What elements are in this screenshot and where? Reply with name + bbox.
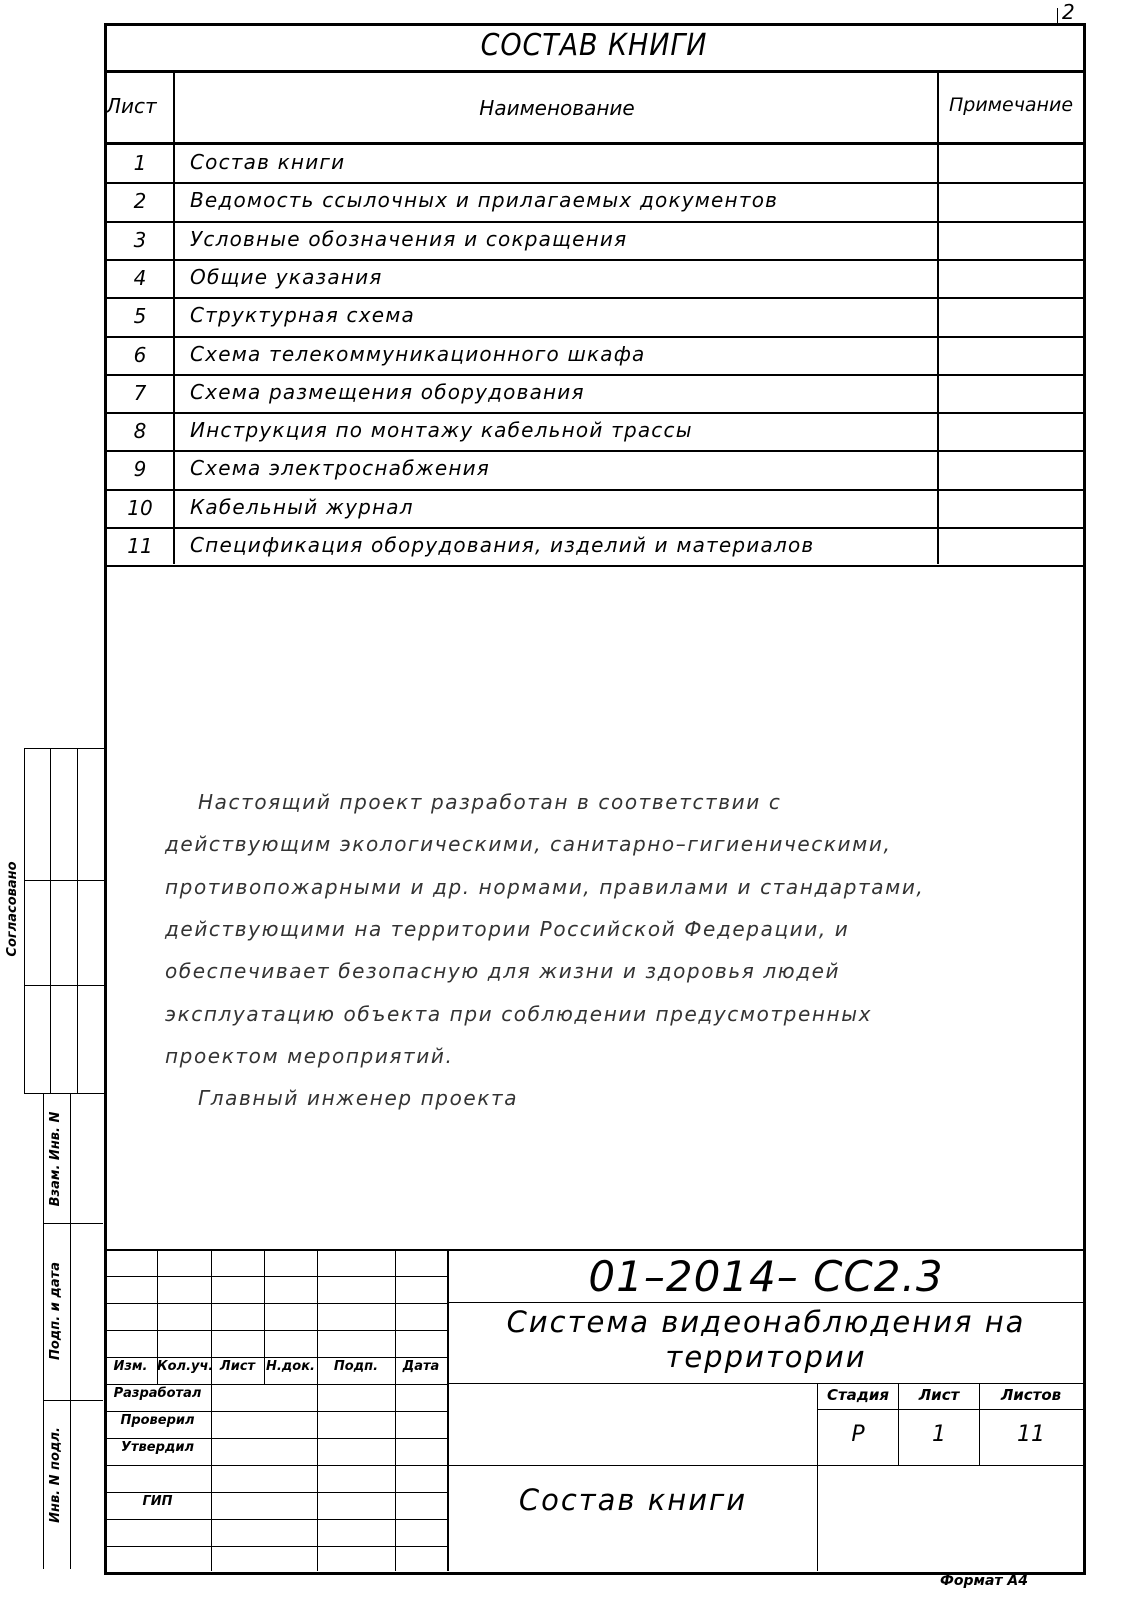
role-label: ГИП	[104, 1494, 211, 1509]
page-number-tick	[1057, 8, 1058, 24]
signature-label: Главный инженер проекта	[198, 1086, 518, 1110]
revision-column-header: Н.док.	[264, 1359, 317, 1374]
sign-date-label: Подп. и дата	[48, 1251, 66, 1371]
sheet-label: Лист	[899, 1386, 979, 1404]
replace-inv-label: Взам. Инв. N	[48, 1099, 66, 1219]
row-divider	[104, 259, 1083, 261]
row-name: Общие указания	[190, 265, 383, 289]
revision-column-header: Дата	[395, 1359, 447, 1374]
row-name: Кабельный журнал	[190, 495, 414, 519]
revision-column-header: Лист	[211, 1359, 264, 1374]
row-name: Структурная схема	[190, 303, 415, 327]
page-number: 2	[1062, 0, 1075, 24]
row-number: 10	[106, 496, 174, 520]
row-number: 2	[106, 189, 174, 213]
row-number: 7	[106, 381, 174, 405]
row-number: 11	[106, 534, 174, 558]
row-divider	[104, 450, 1083, 452]
title-block-top	[104, 1249, 1083, 1251]
project-title-1: Система видеонаблюдения на	[449, 1305, 1083, 1339]
row-name: Ведомость ссылочных и прилагаемых докуме…	[190, 188, 778, 212]
row-number: 3	[106, 228, 174, 252]
role-label: Разработал	[104, 1386, 211, 1401]
statement-line: Настоящий проект разработан в соответств…	[198, 790, 781, 814]
row-number: 1	[106, 151, 174, 175]
row-name: Схема электроснабжения	[190, 456, 490, 480]
statement-line: действующими на территории Российской Фе…	[165, 917, 849, 941]
row-name: Инструкция по монтажу кабельной трассы	[190, 418, 693, 442]
revision-column-header: Изм.	[104, 1359, 157, 1374]
doc-code: 01–2014– СС2.3	[449, 1252, 1083, 1301]
header-note: Примечание	[940, 94, 1082, 116]
format-label: Формат А4	[940, 1573, 1028, 1589]
role-label: Проверил	[104, 1413, 211, 1428]
row-divider	[104, 221, 1083, 223]
sheet-value: 1	[899, 1422, 979, 1447]
agreed-label: Согласовано	[5, 849, 23, 969]
row-number: 6	[106, 343, 174, 367]
row-number: 9	[106, 457, 174, 481]
row-name: Схема размещения оборудования	[190, 380, 585, 404]
row-divider	[104, 527, 1083, 529]
stage-value: Р	[818, 1422, 898, 1447]
row-name: Условные обозначения и сокращения	[190, 227, 627, 251]
header-name: Наименование	[176, 96, 938, 120]
statement-line: проектом мероприятий.	[165, 1044, 453, 1068]
revision-column-header: Подп.	[317, 1359, 395, 1374]
revision-column-header: Кол.уч.	[157, 1359, 211, 1374]
sheets-value: 11	[980, 1422, 1082, 1447]
role-label: Утвердил	[104, 1440, 211, 1455]
row-divider	[104, 412, 1083, 414]
statement-line: обеспечивает безопасную для жизни и здор…	[165, 959, 840, 983]
row-name: Спецификация оборудования, изделий и мат…	[190, 533, 814, 557]
sheet-title: Состав книги	[449, 1483, 817, 1517]
statement-line: эксплуатацию объекта при соблюдении пред…	[165, 1002, 872, 1026]
row-divider	[104, 336, 1083, 338]
row-divider	[104, 489, 1083, 491]
project-title-2: территории	[449, 1340, 1083, 1374]
row-divider	[104, 297, 1083, 299]
row-number: 8	[106, 419, 174, 443]
row-divider	[104, 182, 1083, 184]
statement-line: действующим экологическими, санитарно–ги…	[165, 832, 891, 856]
page-title: СОСТАВ КНИГИ	[153, 28, 1035, 63]
statement-line: противопожарными и др. нормами, правилам…	[165, 875, 924, 899]
row-divider	[104, 374, 1083, 376]
inv-orig-label: Инв. N подл.	[48, 1415, 66, 1535]
row-name: Схема телекоммуникационного шкафа	[190, 342, 646, 366]
row-number: 4	[106, 266, 174, 290]
sheets-label: Листов	[980, 1386, 1082, 1404]
header-sheet: Лист	[106, 94, 157, 118]
row-divider	[104, 565, 1083, 567]
row-name: Состав книги	[190, 150, 345, 174]
row-number: 5	[106, 304, 174, 328]
agreed-stamp	[24, 748, 105, 1094]
stage-label: Стадия	[818, 1386, 898, 1404]
